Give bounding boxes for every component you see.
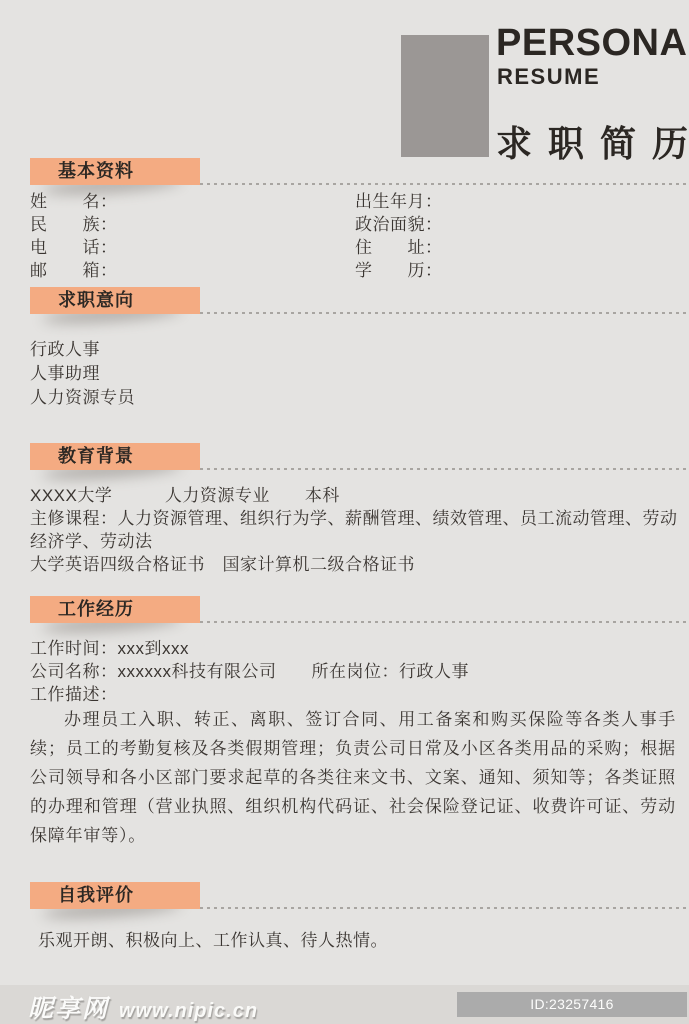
intention-item: 行政人事 — [30, 338, 135, 362]
section-title-job-intention: 求职意向 — [30, 287, 200, 314]
section-title-work-experience: 工作经历 — [30, 596, 200, 623]
dotted-divider — [200, 621, 689, 623]
dotted-divider — [200, 183, 689, 185]
section-job-intention: 求职意向 — [30, 287, 689, 314]
field-ethnicity: 民 族： — [30, 213, 118, 236]
subtitle-english: RESUME — [497, 64, 600, 90]
site-url: www.nipic.cn — [119, 1000, 258, 1023]
intention-item: 人力资源专员 — [30, 386, 135, 410]
work-company-position: 公司名称：xxxxxx科技有限公司 所在岗位：行政人事 — [30, 660, 682, 683]
watermark-bar: 昵享网 www.nipic.cn ID:23257416 NO:20190831… — [0, 985, 689, 1024]
title-english: PERSONAL — [496, 22, 689, 65]
education-courses: 主修课程：人力资源管理、组织行为学、薪酬管理、绩效管理、员工流动管理、劳动经济学… — [30, 507, 682, 553]
section-education: 教育背景 — [30, 443, 689, 470]
work-period: 工作时间：xxx到xxx — [30, 637, 682, 660]
self-evaluation-content: 乐观开朗、积极向上、工作认真、待人热情。 — [38, 929, 388, 952]
site-watermark: 昵享网 www.nipic.cn — [28, 989, 258, 1024]
work-description: 办理员工入职、转正、离职、签订合同、用工备案和购买保险等各类人事手续；员工的考勤… — [30, 705, 676, 850]
section-title-basic-info: 基本资料 — [30, 158, 200, 185]
job-intention-list: 行政人事 人事助理 人力资源专员 — [30, 338, 135, 410]
work-description-label: 工作描述： — [30, 683, 682, 706]
education-certificates: 大学英语四级合格证书 国家计算机二级合格证书 — [30, 553, 682, 576]
image-id-badge: ID:23257416 NO:20190831202423583031 — [457, 992, 687, 1017]
section-basic-info: 基本资料 — [30, 158, 689, 185]
resume-page: PERSONAL RESUME 求职简历 基本资料 姓 名： 民 族： 电 话：… — [0, 0, 689, 1024]
education-school-major: XXXX大学 人力资源专业 本科 — [30, 484, 682, 507]
field-name: 姓 名： — [30, 190, 118, 213]
section-work-experience: 工作经历 — [30, 596, 689, 623]
basic-info-left-column: 姓 名： 民 族： 电 话： 邮 箱： — [30, 190, 118, 282]
section-title-self-evaluation: 自我评价 — [30, 882, 200, 909]
intention-item: 人事助理 — [30, 362, 135, 386]
dotted-divider — [200, 468, 689, 470]
section-title-education: 教育背景 — [30, 443, 200, 470]
field-phone: 电 话： — [30, 236, 118, 259]
dotted-divider — [200, 312, 689, 314]
dotted-divider — [200, 907, 689, 909]
site-logo-text: 昵享网 — [28, 989, 109, 1024]
field-political-status: 政治面貌： — [355, 213, 443, 236]
photo-placeholder — [401, 35, 489, 157]
field-address: 住 址： — [355, 236, 443, 259]
section-self-evaluation: 自我评价 — [30, 882, 689, 909]
work-meta: 工作时间：xxx到xxx 公司名称：xxxxxx科技有限公司 所在岗位：行政人事… — [30, 637, 682, 706]
basic-info-right-column: 出生年月： 政治面貌： 住 址： 学 历： — [355, 190, 443, 282]
field-birth-date: 出生年月： — [355, 190, 443, 213]
field-email: 邮 箱： — [30, 259, 118, 282]
field-education-level: 学 历： — [355, 259, 443, 282]
education-content: XXXX大学 人力资源专业 本科 主修课程：人力资源管理、组织行为学、薪酬管理、… — [30, 484, 682, 576]
